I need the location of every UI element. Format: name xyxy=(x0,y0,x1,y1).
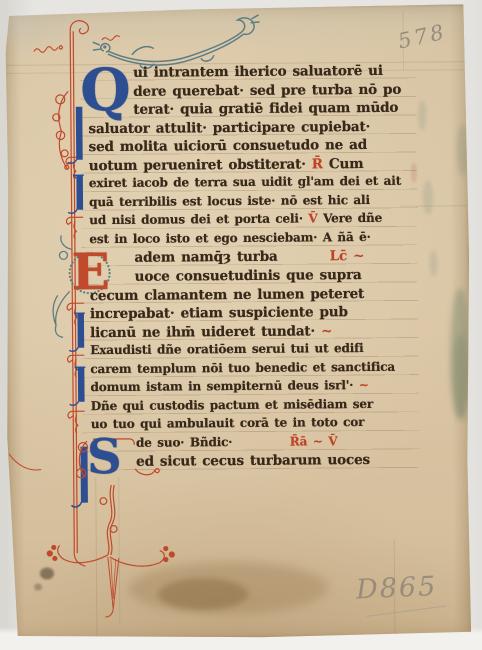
rubric-segment: ~ xyxy=(359,378,369,392)
ink-segment: ed sicut cecus turbarum uoces xyxy=(136,452,370,470)
ink-segment: Cum xyxy=(329,156,364,172)
ink-segment: cecum clamantem ne lumen peteret xyxy=(90,286,364,304)
text-line: uoce consuetudinis que supra xyxy=(90,267,412,288)
text-line: domum istam in sempiternū deus isrl'· ~ xyxy=(90,378,412,399)
ink-segment: uo tuo qui ambulauit corā te in toto cor xyxy=(91,415,365,431)
text-line: uotum perueniret obstiterat· R̄ Cum xyxy=(89,155,411,176)
green-stain xyxy=(452,334,469,418)
text-line: terat· quia gratiē fidei quam mūdo xyxy=(88,100,410,121)
text-line: uo tuo qui ambulauit corā te in toto cor xyxy=(91,415,413,436)
text-line: dere querebat· sed pre turba nō po xyxy=(88,81,410,102)
text-line: Exaudisti dñe oratiōem serui tui ut edif… xyxy=(90,341,412,362)
ink-segment: Vere dñe xyxy=(323,211,382,225)
green-stain xyxy=(456,124,468,176)
ink-segment: ud nisi domus dei et porta celi· xyxy=(89,212,308,228)
dark-spot xyxy=(34,584,42,591)
ink-segment: de suo· Bñdic· xyxy=(136,435,238,450)
ink-segment: uotum perueniret obstiterat· xyxy=(89,156,312,174)
ink-segment: uoce consuetudinis que supra xyxy=(135,267,362,285)
dark-spot xyxy=(40,567,54,579)
text-line: licanū ne ihm̄ uideret tundat· ~ xyxy=(90,322,412,343)
blue-paraph-bars xyxy=(67,107,87,507)
text-line: Dñe qui custodis pactum et misēdiam ser xyxy=(91,396,413,417)
ink-segment: ui intrantem iherico saluatorē ui xyxy=(133,63,383,81)
show-through-mark xyxy=(418,101,426,131)
text-line: saluator attulit· participare cupiebat· xyxy=(88,118,410,139)
rubric-segment: Lc̄ ~ xyxy=(330,248,365,264)
photo-backdrop: Q E S ui intrantem iherico saluatorē uid… xyxy=(0,0,482,650)
show-through-mark xyxy=(429,250,437,276)
red-show-through xyxy=(411,163,417,183)
ink-segment: domum istam in sempiternū deus isrl'· xyxy=(90,378,358,394)
text-line: cecum clamantem ne lumen peteret xyxy=(90,285,412,306)
pencil-underline xyxy=(367,606,446,617)
text-line: carem templum nōi tuo benedic et sanctif… xyxy=(90,359,412,380)
text-line: increpabat· etiam suspiciente pub xyxy=(90,304,412,325)
ink-segment: Dñe qui custodis pactum et misēdiam ser xyxy=(91,397,373,413)
show-through-mark xyxy=(423,180,433,214)
text-line: exiret iacob de terra sua uidit gl'am de… xyxy=(89,174,411,195)
text-line: de suo· Bñdic· R̄ā ~ V̄ xyxy=(91,434,413,455)
green-stain xyxy=(450,288,471,420)
ink-segment: exiret iacob de terra sua uidit gl'am de… xyxy=(89,174,401,190)
ink-segment: increpabat· etiam suspiciente pub xyxy=(90,304,348,322)
text-line: sed molita uiciorū consuetudo ne ad xyxy=(89,137,411,158)
manuscript-leaf: Q E S ui intrantem iherico saluatorē uid… xyxy=(4,4,473,640)
ink-segment: est in loco isto et ego nesciebam· A ñā … xyxy=(89,230,370,246)
text-line: ud nisi domus dei et porta celi· V̄ Vere… xyxy=(89,211,411,232)
ink-segment: adem namq̄ȝ turba xyxy=(134,249,277,266)
rubric-segment: V̄ xyxy=(308,212,323,226)
red-paraph-hooks xyxy=(66,157,85,433)
dragon-drollery-icon xyxy=(93,15,260,69)
ruling-line-vertical xyxy=(394,540,396,637)
rubric-segment: R̄ xyxy=(312,156,329,172)
ruling-line-vertical xyxy=(95,477,97,637)
ink-segment: Exaudisti dñe oratiōem serui tui ut edif… xyxy=(90,341,363,357)
pencil-shelfmark-bottom: D865 xyxy=(355,571,437,605)
ink-segment: quā terribilis est locus iste· nō est hi… xyxy=(89,193,370,209)
ink-segment: carem templum nōi tuo benedic et sanctif… xyxy=(90,360,395,376)
ink-segment: dere querebat· sed pre turba nō po xyxy=(133,81,401,99)
ink-segment: licanū ne ihm̄ uideret tundat· xyxy=(90,323,321,341)
text-line: ed sicut cecus turbarum uoces xyxy=(91,452,413,473)
ruling-line-vertical xyxy=(118,477,120,623)
text-line: adem namq̄ȝ turbaLc̄ ~ xyxy=(89,248,411,269)
brown-stain xyxy=(158,578,248,611)
ink-segment: sed molita uiciorū consuetudo ne ad xyxy=(89,137,368,155)
rubric-segment: R̄ā ~ V̄ xyxy=(290,434,338,448)
brown-stain xyxy=(128,561,328,615)
ink-segment: terat· quia gratiē fidei quam mūdo xyxy=(133,100,398,118)
text-line: est in loco isto et ego nesciebam· A ñā … xyxy=(89,230,411,251)
manuscript-text-block: ui intrantem iherico saluatorē uidere qu… xyxy=(88,63,413,474)
ink-segment: saluator attulit· participare cupiebat· xyxy=(88,119,370,137)
text-line: ui intrantem iherico saluatorē ui xyxy=(88,63,410,84)
rubric-segment: ~ xyxy=(321,323,332,339)
